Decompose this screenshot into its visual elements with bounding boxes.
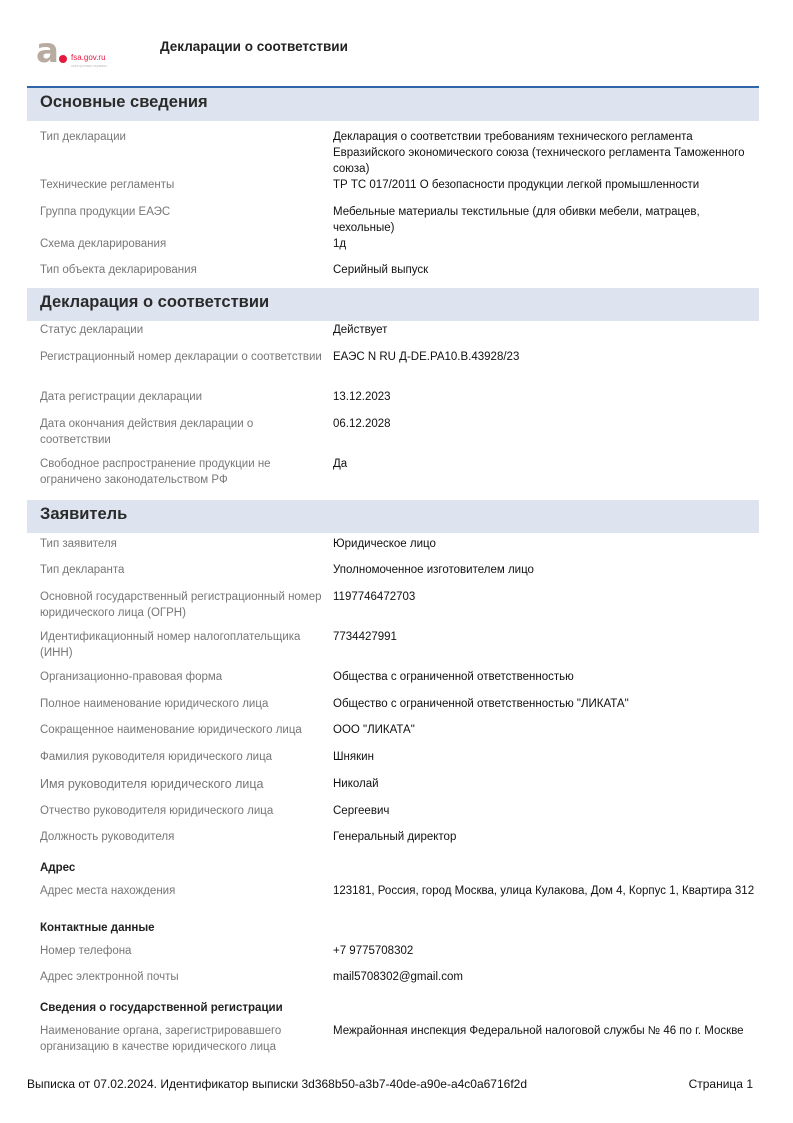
field-label: Дата окончания действия декларации о соо… <box>40 416 325 448</box>
field-label: Отчество руководителя юридического лица <box>40 803 325 819</box>
field-label: Фамилия руководителя юридического лица <box>40 749 325 765</box>
field-value: Общество с ограниченной ответственностью… <box>333 696 763 712</box>
field-value: Мебельные материалы текстильные (для оби… <box>333 204 763 236</box>
field-label: Дата регистрации декларации <box>40 389 325 405</box>
field-label: Тип декларации <box>40 129 325 145</box>
field-value: Да <box>333 456 763 472</box>
subsection-contacts-title: Контактные данные <box>40 922 155 934</box>
fsa-logo: a fsa.gov.ru электронные сервисы <box>36 36 126 72</box>
field-label: Схема декларирования <box>40 236 325 252</box>
field-label: Тип заявителя <box>40 536 325 552</box>
field-value: 1197746472703 <box>333 589 763 605</box>
field-label: Технические регламенты <box>40 177 325 193</box>
fsa-logo-icon: a <box>36 36 59 66</box>
field-value: Уполномоченное изготовителем лицо <box>333 562 763 578</box>
subsection-registration-title: Сведения о государственной регистрации <box>40 1002 283 1014</box>
field-label: Полное наименование юридического лица <box>40 696 325 712</box>
field-label: Номер телефона <box>40 943 325 959</box>
field-value: 13.12.2023 <box>333 389 763 405</box>
section-applicant-title: Заявитель <box>27 500 759 533</box>
field-value: ТР ТС 017/2011 О безопасности продукции … <box>333 177 763 193</box>
field-value: Общества с ограниченной ответственностью <box>333 669 763 685</box>
field-value: ООО "ЛИКАТА" <box>333 722 763 738</box>
field-value: Генеральный директор <box>333 829 763 845</box>
field-label: Статус декларации <box>40 322 325 338</box>
field-value: Межрайонная инспекция Федеральной налого… <box>333 1023 763 1039</box>
extract-info: Выписка от 07.02.2024. Идентификатор вып… <box>27 1077 527 1091</box>
field-label: Группа продукции ЕАЭС <box>40 204 325 220</box>
field-value: Шнякин <box>333 749 763 765</box>
page-number: Страница 1 <box>689 1077 753 1091</box>
logo-subtext: электронные сервисы <box>71 64 107 68</box>
subsection-address-title: Адрес <box>40 862 75 874</box>
logo-text: fsa.gov.ru <box>71 53 106 62</box>
field-label: Имя руководителя юридического лица <box>40 776 325 792</box>
section-declaration-title: Декларация о соответствии <box>27 288 759 321</box>
field-label: Тип декларанта <box>40 562 325 578</box>
field-label: Регистрационный номер декларации о соотв… <box>40 349 325 365</box>
page-footer: Выписка от 07.02.2024. Идентификатор вып… <box>27 1077 753 1091</box>
field-value: Сергеевич <box>333 803 763 819</box>
field-label: Основной государственный регистрационный… <box>40 589 325 621</box>
field-value: Действует <box>333 322 763 338</box>
section-basic-title: Основные сведения <box>27 88 759 121</box>
field-label: Адрес электронной почты <box>40 969 325 985</box>
field-label: Адрес места нахождения <box>40 883 325 899</box>
field-label: Наименование органа, зарегистрировавшего… <box>40 1023 325 1055</box>
logo-dot-icon <box>59 55 67 63</box>
field-value: ЕАЭС N RU Д-DE.РА10.В.43928/23 <box>333 349 763 365</box>
field-label: Тип объекта декларирования <box>40 262 325 278</box>
field-value: 1д <box>333 236 763 252</box>
field-value: Юридическое лицо <box>333 536 763 552</box>
field-value: Декларация о соответствии требованиям те… <box>333 129 763 177</box>
field-value: 7734427991 <box>333 629 763 645</box>
field-label: Организационно-правовая форма <box>40 669 325 685</box>
field-label: Свободное распространение продукции не о… <box>40 456 325 488</box>
field-value: +7 9775708302 <box>333 943 763 959</box>
field-value: 123181, Россия, город Москва, улица Кула… <box>333 883 763 899</box>
field-value: Николай <box>333 776 763 792</box>
document-title: Декларации о соответствии <box>160 39 348 54</box>
field-value: mail5708302@gmail.com <box>333 969 763 985</box>
field-value: 06.12.2028 <box>333 416 763 432</box>
field-label: Сокращенное наименование юридического ли… <box>40 722 325 738</box>
field-label: Идентификационный номер налогоплательщик… <box>40 629 325 661</box>
field-label: Должность руководителя <box>40 829 325 845</box>
field-value: Серийный выпуск <box>333 262 763 278</box>
